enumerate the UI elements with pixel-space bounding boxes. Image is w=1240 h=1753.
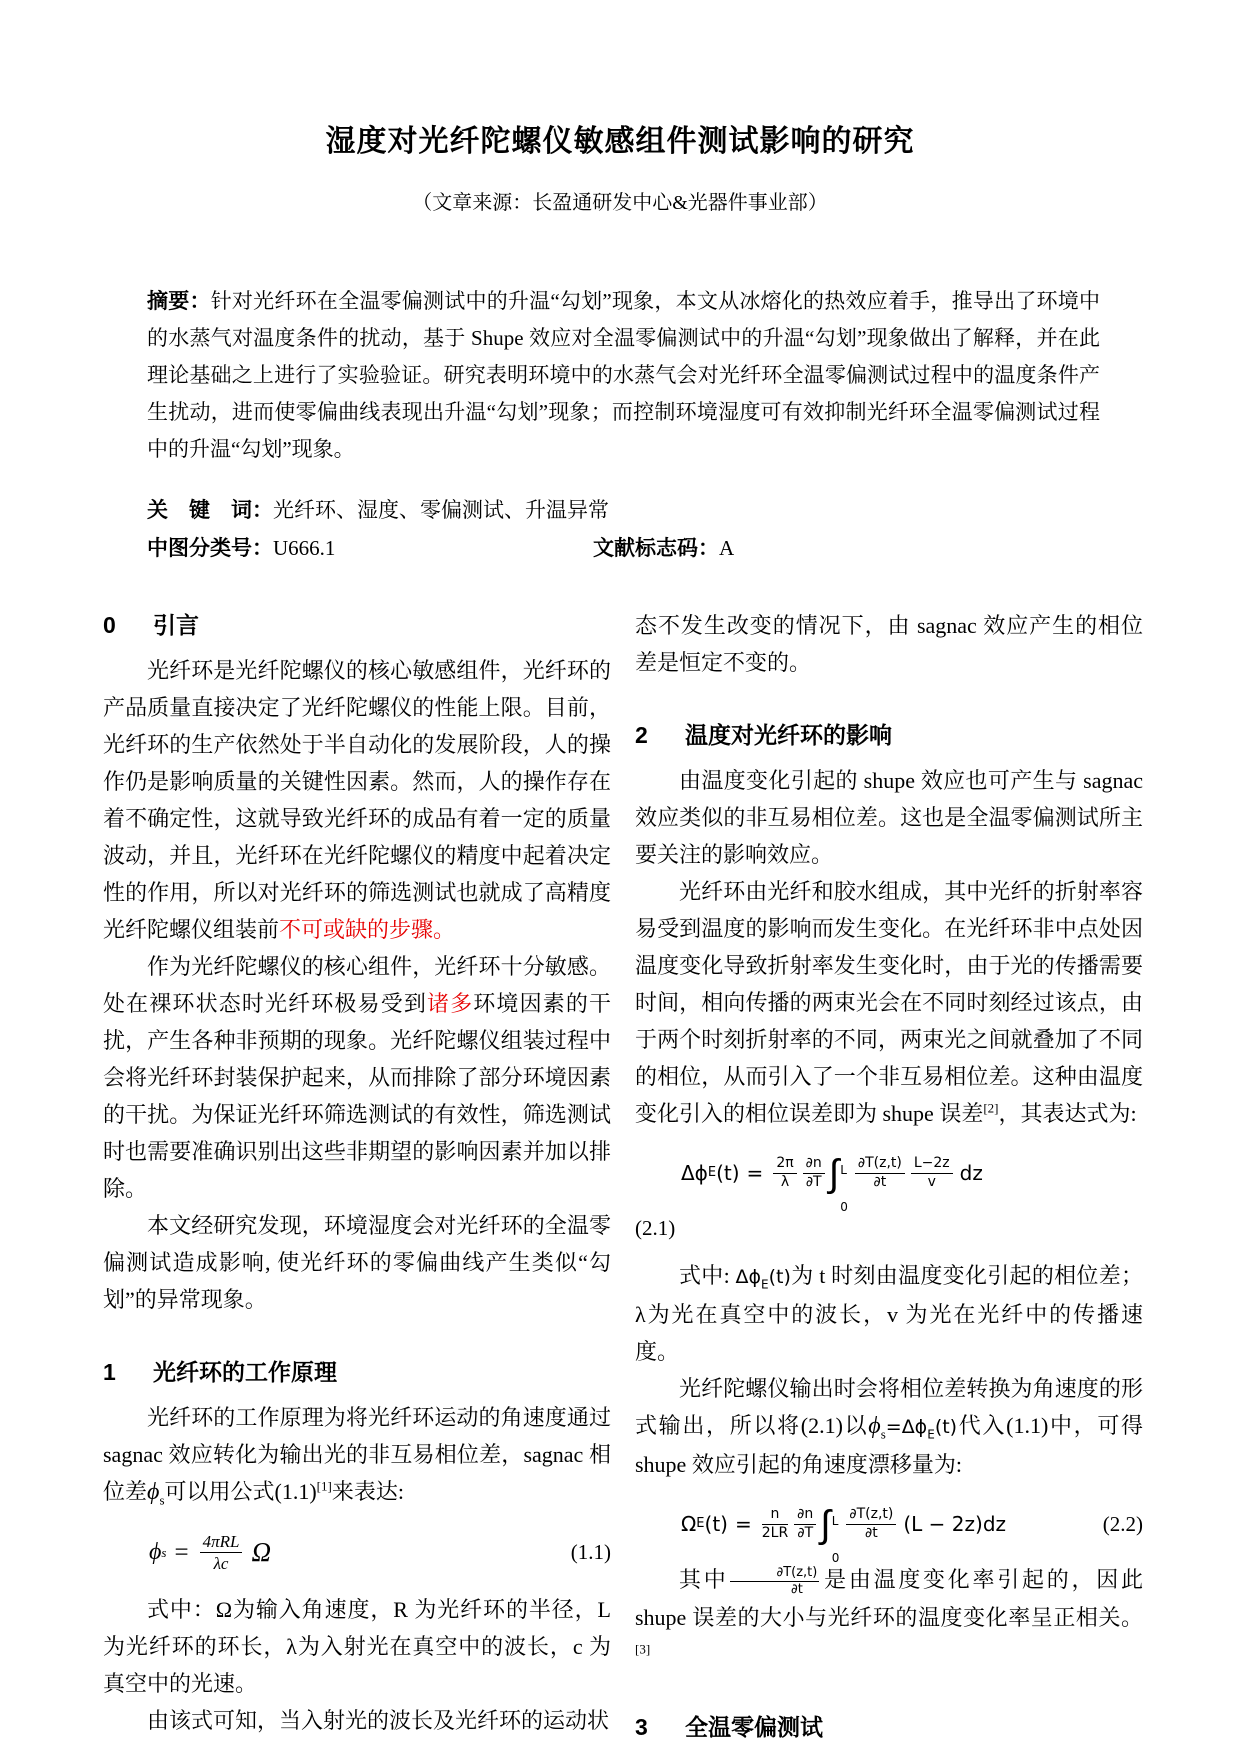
inline-fraction: ∂T(z,t)∂t	[730, 1565, 819, 1600]
formula-argument: (t)	[769, 1266, 791, 1288]
section-2-paragraph-5: 其中∂T(z,t)∂t是由温度变化率引起的，因此 shupe 误差的大小与光纤环…	[635, 1561, 1143, 1673]
section-0-title: 引言	[153, 612, 199, 638]
section-1-number: 1	[103, 1354, 153, 1391]
formula-1-1: ϕs = 4πRLλc Ω (1.1)	[103, 1531, 611, 1575]
s2-p5-text-a: 其中	[679, 1567, 728, 1592]
formula-2-1-body: ΔϕE(t) = 2πλ ∂n∂T ∫ L0 ∂T(z,t)∂t L−2zv d…	[635, 1152, 1143, 1194]
fraction-numerator: 2π	[773, 1155, 796, 1174]
section-1-paragraph-3: 由该式可知，当入射光的波长及光纤环的运动状	[103, 1702, 611, 1739]
fraction-denominator: ∂t	[846, 1525, 896, 1543]
formula-2-2: ΩE(t) = n2LR ∂n∂T ∫ L0 ∂T(z,t)∂t (L − 2z…	[635, 1503, 1143, 1545]
classification-line: 中图分类号：U666.1文献标志码：A	[147, 530, 1100, 567]
delta-phi-subscript: E	[927, 1427, 935, 1441]
s1-p1-text-c: 来表达:	[332, 1479, 404, 1504]
integrand-tail: (L − 2z)dz	[903, 1506, 1006, 1543]
fraction-denominator: ∂T	[803, 1174, 825, 1192]
section-0-heading: 0引言	[103, 607, 611, 644]
formula-2-2-label: (2.2)	[1103, 1506, 1143, 1543]
clc-value: U666.1	[273, 536, 335, 560]
abstract-text: 针对光纤环在全温零偏测试中的升温“勾划”现象，本文从冰熔化的热效应着手，推导出了…	[147, 289, 1100, 461]
intro-p1-text: 光纤环是光纤陀螺仪的核心敏感组件，光纤环的产品质量直接决定了光纤陀螺仪的性能上限…	[103, 658, 611, 942]
left-column: 0引言 光纤环是光纤陀螺仪的核心敏感组件，光纤环的产品质量直接决定了光纤陀螺仪的…	[103, 607, 611, 1753]
section-2-title: 温度对光纤环的影响	[685, 722, 892, 748]
intro-p2-text-b: 环境因素的干扰，产生各种非预期的现象。光纤陀螺仪组装过程中会将光纤环封装保护起来…	[103, 991, 611, 1201]
omega-symbol: Ω	[681, 1506, 696, 1543]
fraction-denominator: ∂T	[794, 1525, 816, 1543]
omega-symbol: Ω	[251, 1534, 271, 1571]
doc-code-label: 文献标志码：	[593, 537, 719, 560]
section-1-title: 光纤环的工作原理	[153, 1359, 337, 1385]
section-3-heading: 3全温零偏测试	[635, 1709, 1143, 1746]
section-2-paragraph-4: 光纤陀螺仪输出时会将相位差转换为角速度的形式输出，所以将(2.1)以ϕs=ΔϕE…	[635, 1370, 1143, 1483]
keywords-line: 关 键 词：光纤环、湿度、零偏测试、升温异常	[147, 492, 1100, 529]
formula-argument: (t)	[705, 1506, 728, 1543]
intro-paragraph-2: 作为光纤陀螺仪的核心组件，光纤环十分敏感。处在裸环状态时光纤环极易受到诸多环境因…	[103, 948, 611, 1207]
integral-lower-limit: 0	[840, 1189, 848, 1226]
fraction-numerator: n	[762, 1506, 788, 1525]
equals-sign: =	[174, 1534, 188, 1571]
formula-argument: (t)	[935, 1416, 957, 1438]
integral-upper-limit: L	[840, 1152, 848, 1189]
abstract: 摘要：针对光纤环在全温零偏测试中的升温“勾划”现象，本文从冰熔化的热效应着手，推…	[147, 283, 1100, 468]
fraction-denominator: v	[911, 1174, 953, 1192]
fraction-denominator: λc	[200, 1553, 243, 1574]
fraction-numerator: 4πRL	[200, 1531, 243, 1553]
fraction: L−2zv	[911, 1155, 953, 1191]
delta-phi-symbol: Δϕ	[736, 1266, 762, 1288]
fraction-numerator: ∂n	[803, 1155, 825, 1174]
section-2-paragraph-1: 由温度变化引起的 shupe 效应也可产生与 sagnac 效应类似的非互易相位…	[635, 762, 1143, 873]
fraction-numerator: ∂T(z,t)	[846, 1506, 896, 1525]
fraction: ∂n∂T	[794, 1506, 816, 1542]
section-3-title: 全温零偏测试	[685, 1714, 823, 1740]
equals-sign: =	[747, 1155, 764, 1192]
section-1-paragraph-1: 光纤环的工作原理为将光纤环运动的角速度通过 sagnac 效应转化为输出光的非互…	[103, 1399, 611, 1511]
differential-dz: dz	[960, 1155, 983, 1192]
fraction: 4πRLλc	[200, 1531, 243, 1575]
fraction-numerator: ∂n	[794, 1506, 816, 1525]
section-2-paragraph-3: 式中: ΔϕE(t)为 t 时刻由温度变化引起的相位差；λ为光在真空中的波长，v…	[635, 1257, 1143, 1370]
formula-2-1-label: (2.1)	[635, 1210, 1143, 1247]
s2-p2-text-b: ，其表达式为:	[999, 1101, 1137, 1126]
intro-paragraph-1: 光纤环是光纤陀螺仪的核心敏感组件，光纤环的产品质量直接决定了光纤陀螺仪的性能上限…	[103, 652, 611, 948]
s2-p3-text-a: 式中:	[679, 1263, 736, 1288]
right-column: 态不发生改变的情况下，由 sagnac 效应产生的相位差是恒定不变的。 2温度对…	[635, 607, 1143, 1753]
intro-p2-highlight: 诸多	[427, 991, 473, 1016]
delta-phi-symbol: Δϕ	[902, 1416, 928, 1438]
fraction: ∂T(z,t)∂t	[846, 1506, 896, 1542]
integral-limits: L0	[840, 1152, 848, 1194]
section-2-heading: 2温度对光纤环的影响	[635, 717, 1143, 754]
phi-symbol: ϕ	[147, 1479, 159, 1505]
doc-code-value: A	[719, 536, 734, 560]
intro-paragraph-3: 本文经研究发现，环境湿度会对光纤环的全温零偏测试造成影响, 使光纤环的零偏曲线产…	[103, 1207, 611, 1318]
formula-1-1-body: ϕs = 4πRLλc Ω	[103, 1531, 571, 1575]
phi-symbol: ϕ	[868, 1413, 880, 1439]
fraction-denominator: 2LR	[762, 1525, 788, 1543]
phi-symbol: ϕ	[149, 1534, 161, 1571]
fraction-denominator: λ	[773, 1174, 796, 1192]
delta-phi-symbol: Δϕ	[681, 1155, 708, 1192]
fraction: ∂T(z,t)∂t	[855, 1155, 905, 1191]
section-0-number: 0	[103, 607, 153, 644]
document-page: 湿度对光纤陀螺仪敏感组件测试影响的研究 （文章来源：长盈通研发中心&光器件事业部…	[0, 0, 1240, 1753]
formula-argument: (t)	[716, 1155, 739, 1192]
fraction-denominator: ∂t	[730, 1582, 819, 1599]
keywords-text: 光纤环、湿度、零偏测试、升温异常	[273, 498, 609, 522]
reference-3: [3]	[635, 1642, 650, 1657]
s1-p1-text-b: 可以用公式(1.1)	[165, 1479, 317, 1504]
fraction: n2LR	[762, 1506, 788, 1542]
fraction-denominator: ∂t	[855, 1174, 905, 1192]
fraction-numerator: ∂T(z,t)	[730, 1565, 819, 1583]
integral-sign: ∫	[829, 1154, 839, 1192]
equals-sign: =	[735, 1506, 752, 1543]
integral-upper-limit: L	[832, 1503, 840, 1540]
integral-sign: ∫	[820, 1505, 830, 1543]
fraction-numerator: ∂T(z,t)	[855, 1155, 905, 1174]
section-1-paragraph-3-continued: 态不发生改变的情况下，由 sagnac 效应产生的相位差是恒定不变的。	[635, 607, 1143, 681]
fraction-numerator: L−2z	[911, 1155, 953, 1174]
reference-1: [1]	[317, 1479, 332, 1494]
clc-group: 中图分类号：U666.1	[147, 530, 593, 567]
formula-2-1: ΔϕE(t) = 2πλ ∂n∂T ∫ L0 ∂T(z,t)∂t L−2zv d…	[635, 1152, 1143, 1194]
reference-2: [2]	[983, 1101, 998, 1116]
section-2-number: 2	[635, 717, 685, 754]
integral-limits: L0	[832, 1503, 840, 1545]
paper-title: 湿度对光纤陀螺仪敏感组件测试影响的研究	[0, 0, 1240, 160]
formula-1-1-label: (1.1)	[571, 1534, 611, 1571]
fraction: ∂n∂T	[803, 1155, 825, 1191]
delta-phi-subscript: E	[761, 1277, 769, 1291]
intro-p1-highlight: 不可或缺的步骤。	[279, 917, 455, 942]
section-3-number: 3	[635, 1709, 685, 1746]
section-1-paragraph-2: 式中：Ω为输入角速度，R 为光纤环的半径，L 为光纤环的环长，λ为入射光在真空中…	[103, 1591, 611, 1702]
paper-source: （文章来源：长盈通研发中心&光器件事业部）	[0, 186, 1240, 215]
two-column-body: 0引言 光纤环是光纤陀螺仪的核心敏感组件，光纤环的产品质量直接决定了光纤陀螺仪的…	[103, 607, 1143, 1753]
fraction: 2πλ	[773, 1155, 796, 1191]
abstract-label: 摘要：	[147, 290, 211, 313]
clc-label: 中图分类号：	[147, 537, 273, 560]
equals-sign: =	[886, 1416, 902, 1438]
section-2-paragraph-2: 光纤环由光纤和胶水组成，其中光纤的折射率容易受到温度的影响而发生变化。在光纤环非…	[635, 873, 1143, 1132]
s2-p2-text-a: 光纤环由光纤和胶水组成，其中光纤的折射率容易受到温度的影响而发生变化。在光纤环非…	[635, 879, 1143, 1126]
formula-2-2-body: ΩE(t) = n2LR ∂n∂T ∫ L0 ∂T(z,t)∂t (L − 2z…	[635, 1503, 1103, 1545]
section-1-heading: 1光纤环的工作原理	[103, 1354, 611, 1391]
keywords-label: 关 键 词：	[147, 499, 273, 522]
